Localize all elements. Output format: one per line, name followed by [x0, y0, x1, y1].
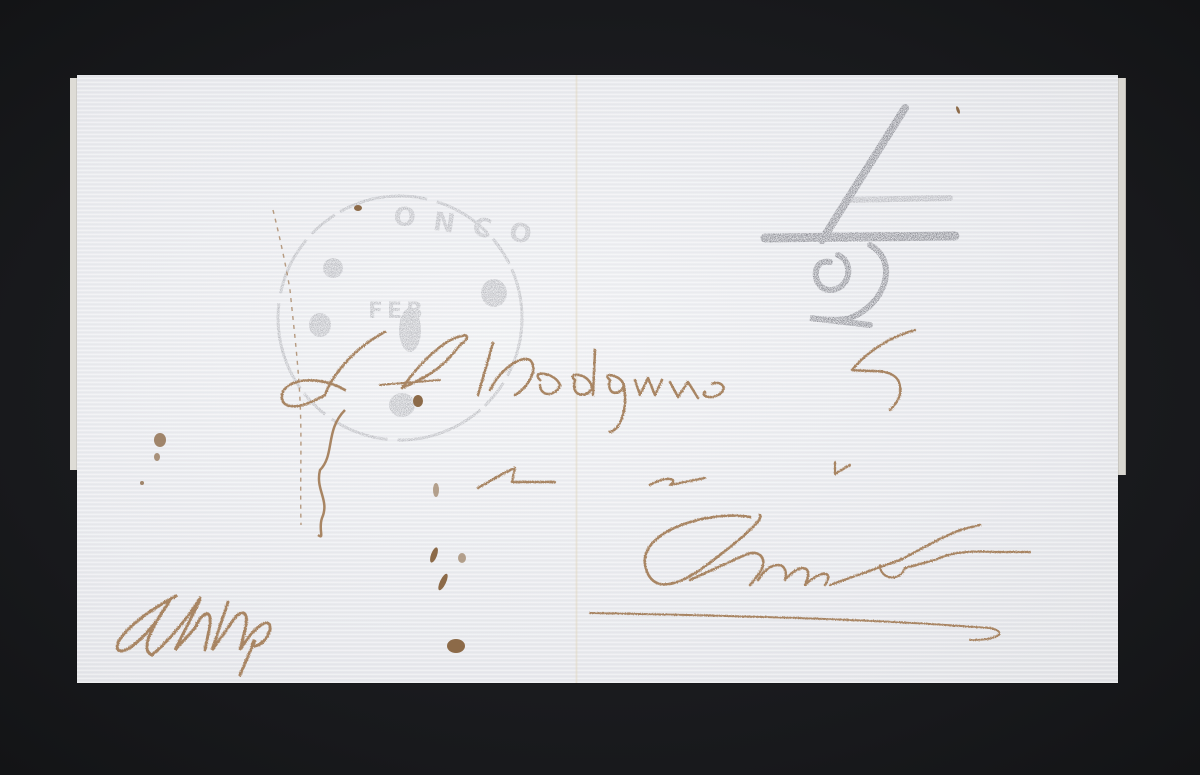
- ditto-mark-2: [650, 478, 705, 485]
- handwritten-address: [282, 330, 1030, 640]
- letter-markings: ONCO FEB: [0, 0, 1200, 775]
- docket-notation: [117, 596, 270, 675]
- ink-stains: [140, 106, 961, 653]
- postmark-letters: ONCO: [392, 201, 552, 253]
- ditto-mark-1: [478, 468, 555, 488]
- ditto-mark-3: [835, 462, 850, 474]
- rate-marking-4-half: [765, 108, 955, 325]
